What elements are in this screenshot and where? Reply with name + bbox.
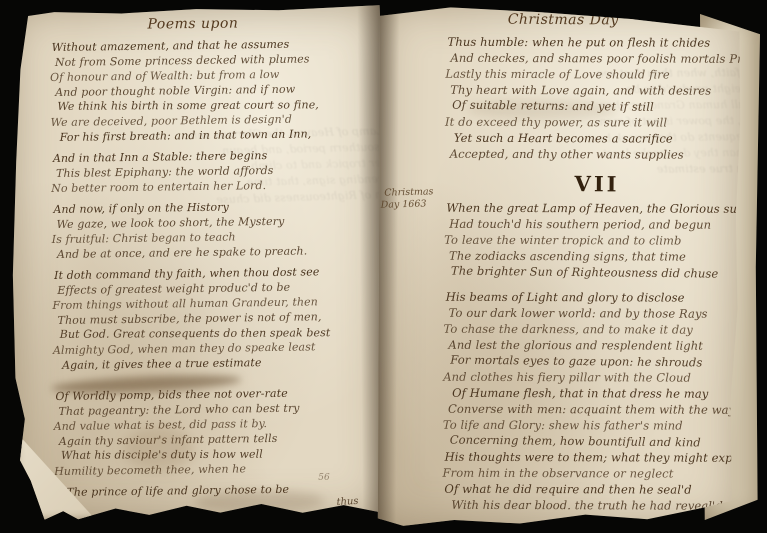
- poem-line: Again, it gives thee a true estimate: [62, 354, 331, 373]
- left-page-text: Poems upon Without amazement, and that h…: [51, 15, 332, 500]
- poem-line: And be at once, and ere he spake to prea…: [57, 243, 330, 262]
- stanza: When the great Lamp of Heaven, the Glori…: [446, 199, 760, 281]
- right-page: It doth command thy faith, when thou dos…: [374, 3, 742, 530]
- poem-line: It do exceed thy power, as sure it will: [445, 114, 760, 131]
- stanza: And in that Inn a Stable: there beginsTh…: [53, 148, 329, 196]
- catchword: thus: [336, 496, 359, 508]
- poem-line: To leave the winter tropick and to climb: [444, 232, 759, 249]
- stanza: Without amazement, and that he assumesNo…: [52, 37, 329, 145]
- poem-line: Accepted, and thy other wants supplies: [450, 146, 760, 163]
- stanza: His beams of Light and glory to disclose…: [444, 288, 759, 514]
- poem-line: Thus humble: when he put on flesh it chi…: [448, 34, 761, 51]
- poem-line: No better room to entertain her Lord.: [51, 177, 329, 196]
- poem-line: And checkes, and shames poor foolish mor…: [450, 50, 760, 67]
- right-page-text: Christmas Day Thus humble: when he put o…: [444, 11, 761, 523]
- poem-line: When the great Lamp of Heaven, the Glori…: [446, 200, 759, 217]
- poem-line: For his first breath: and in that town a…: [60, 126, 329, 145]
- manuscript-photo: When the great Lamp of Heaven, the Glori…: [0, 0, 767, 533]
- margin-note: Christmas Day 1663: [384, 186, 434, 211]
- section-heading: VII: [574, 171, 760, 197]
- poem-line: Of what he did require and then he seal'…: [444, 481, 757, 498]
- poem-line: The prince of life and glory chose to be: [66, 481, 332, 500]
- poem-line: To chase the darkness, and to make it da…: [444, 321, 759, 338]
- poem-line: Yet such a Heart becomes a sacrifice: [454, 130, 760, 147]
- poem-line: And clothes his fiery pillar with the Cl…: [443, 369, 758, 386]
- margin-note-line: Day 1663: [380, 198, 434, 211]
- poem-line: Of Humane flesh, that in that dress he m…: [452, 385, 758, 402]
- poem-line: Lastly this miracle of Love should fire: [445, 66, 760, 83]
- poem-line: His beams of Light and glory to disclose: [446, 289, 759, 306]
- page-number: 56: [318, 473, 330, 483]
- poem-line: To our dark lower world: and by those Ra…: [449, 305, 759, 322]
- poem-line: His thoughts were to them; what they mig…: [445, 449, 758, 466]
- stanza: Of Worldly pomp, bids thee not over-rate…: [55, 386, 332, 479]
- stanza: It doth command thy faith, when thou dos…: [54, 265, 331, 373]
- page-title: Poems upon: [147, 15, 327, 33]
- poem-line: The brighter Sun of Righteousness did ch…: [451, 263, 760, 282]
- stanza: And now, if only on the HistoryWe gaze, …: [53, 199, 329, 262]
- poem-line: From him in the observance or neglect: [443, 465, 758, 482]
- poem-line: Had touch'd his southern period, and beg…: [449, 216, 759, 233]
- poem-line: Converse with men: acquaint them with th…: [448, 401, 758, 418]
- poem-line: Humility becometh thee, when he: [54, 460, 332, 479]
- stanza: Thus humble: when he put on flesh it chi…: [447, 33, 761, 163]
- left-page: When the great Lamp of Heaven, the Glori…: [9, 4, 388, 522]
